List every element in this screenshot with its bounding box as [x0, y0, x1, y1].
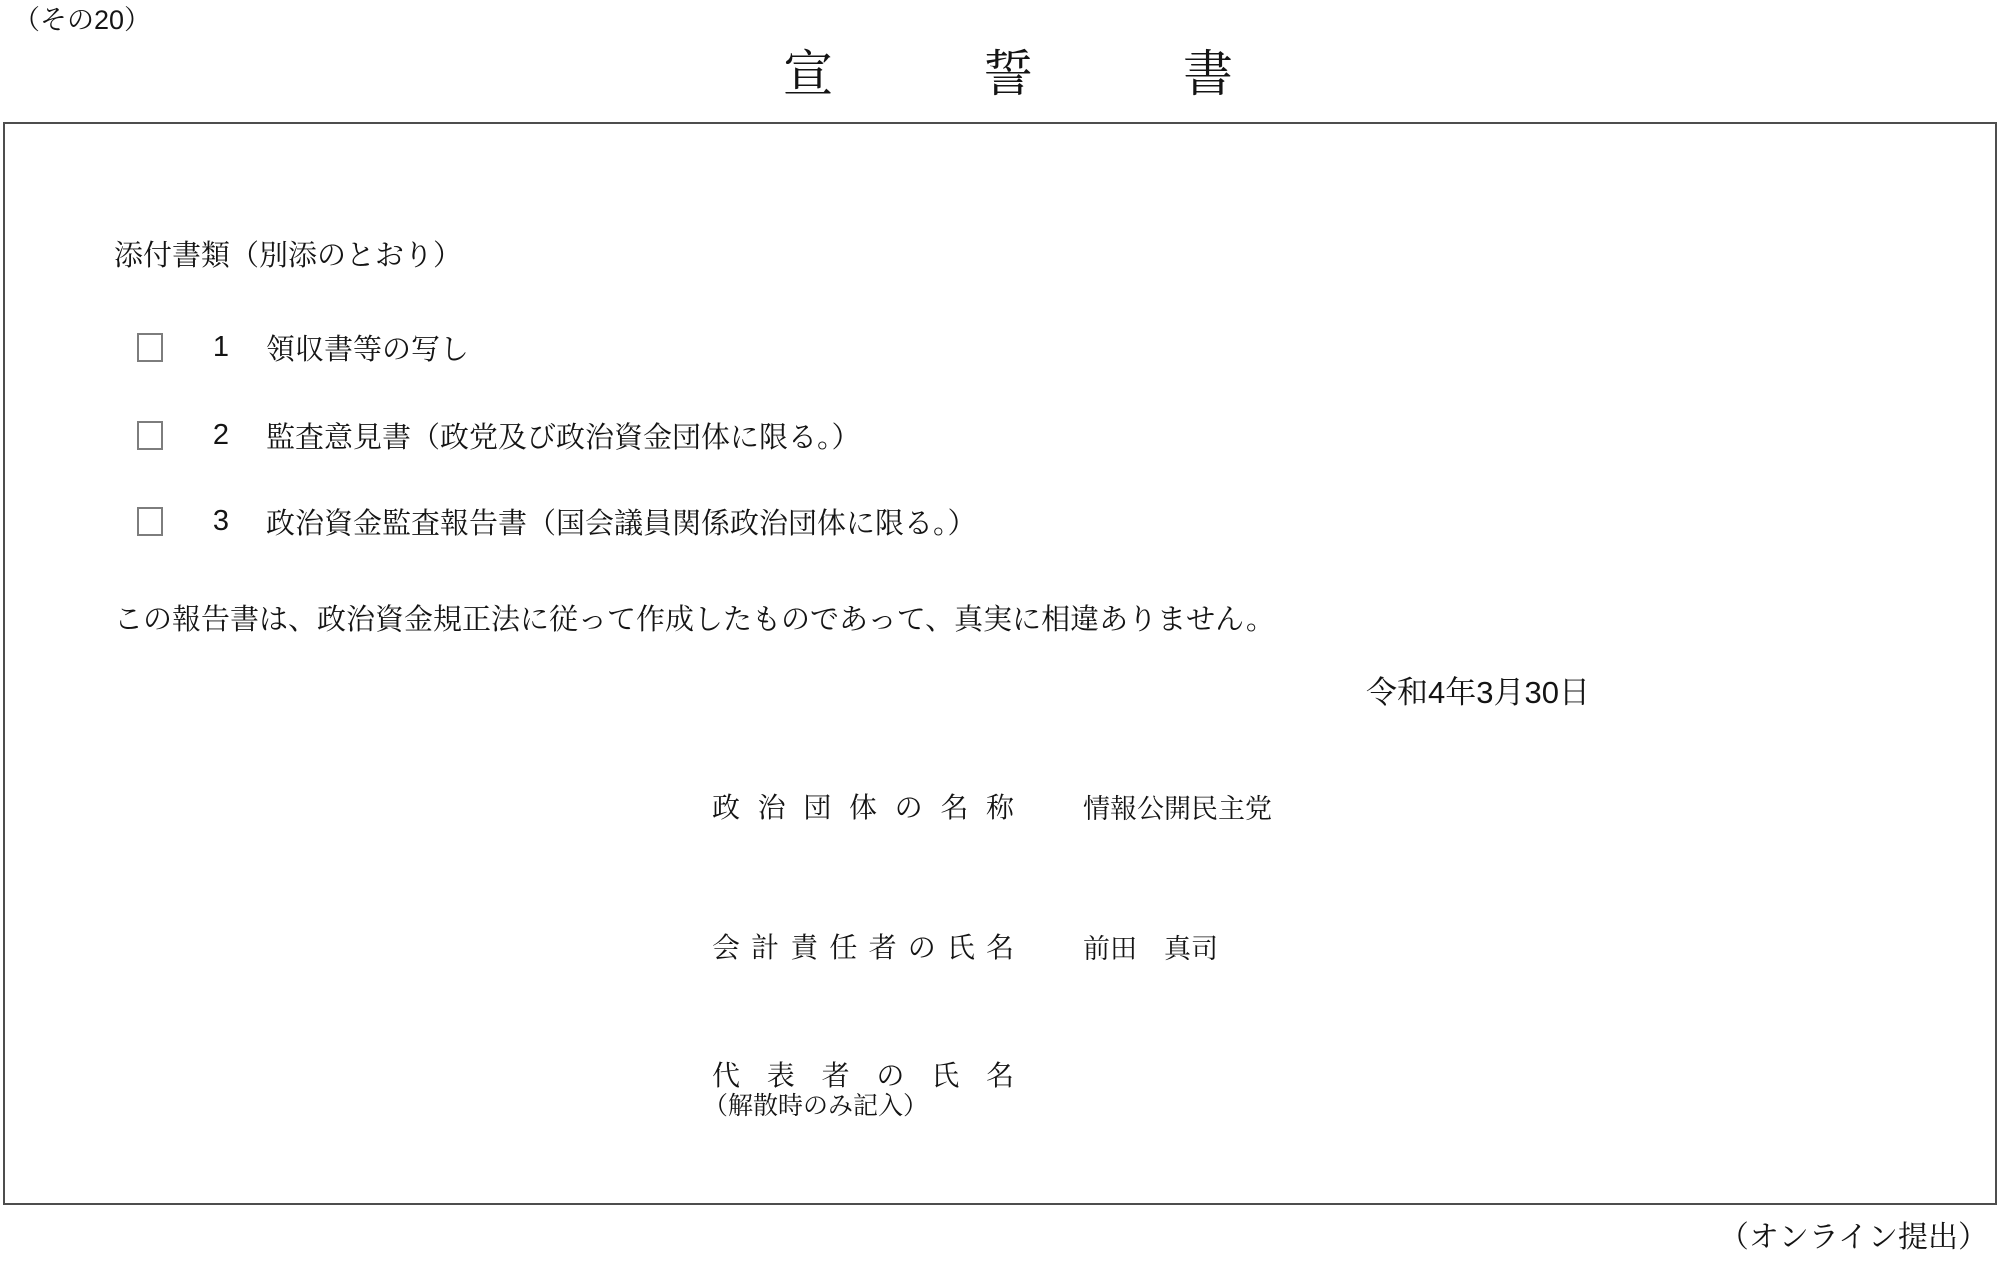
- organization-name-value: 情報公開民主党: [1083, 793, 1272, 825]
- form-number-note: （その20）: [13, 4, 151, 36]
- document-border-box: 添付書類（別添のとおり） 1 領収書等の写し 2 監査意見書（政党及び政治資金団…: [3, 122, 1997, 1205]
- representative-name-note: （解散時のみ記入）: [703, 1091, 928, 1121]
- online-submission-note: （オンライン提出）: [1719, 1220, 1988, 1256]
- representative-name-label: 代 表 者 の 氏 名: [712, 1059, 1014, 1093]
- field-representative-name: 代 表 者 の 氏 名: [712, 1059, 1014, 1093]
- treasurer-name-value: 前田 真司: [1083, 933, 1218, 965]
- attachment-item-audit-report: 3 政治資金監査報告書（国会議員関係政治団体に限る。）: [137, 504, 977, 538]
- attachment-item-number: 3: [212, 505, 230, 538]
- attachment-item-number: 1: [212, 331, 230, 364]
- organization-name-label: 政 治 団 体 の 名 称: [712, 791, 1014, 825]
- oath-document-page: （その20） 宣誓書 添付書類（別添のとおり） 1 領収書等の写し 2 監査意見…: [0, 0, 2001, 1267]
- checkbox-receipts-copy[interactable]: [137, 333, 163, 362]
- declaration-statement: この報告書は、政治資金規正法に従って作成したものであって、真実に相違ありません。: [114, 603, 1275, 638]
- treasurer-name-label: 会 計 責 任 者 の 氏 名: [712, 931, 1014, 965]
- page-title: 宣誓書: [783, 44, 1383, 104]
- attachment-item-number: 2: [212, 419, 230, 452]
- field-treasurer-name: 会 計 責 任 者 の 氏 名 前田 真司: [712, 931, 1014, 965]
- field-organization-name: 政 治 団 体 の 名 称 情報公開民主党: [712, 791, 1014, 825]
- attachment-item-label: 政治資金監査報告書（国会議員関係政治団体に限る。）: [266, 501, 977, 542]
- attachments-heading: 添付書類（別添のとおり）: [114, 239, 462, 274]
- attachment-item-audit-opinion: 2 監査意見書（政党及び政治資金団体に限る。）: [137, 418, 861, 452]
- checkbox-audit-opinion[interactable]: [137, 421, 163, 450]
- attachment-item-receipts: 1 領収書等の写し: [137, 330, 469, 364]
- attachment-item-label: 監査意見書（政党及び政治資金団体に限る。）: [266, 415, 861, 456]
- declaration-date: 令和4年3月30日: [1366, 674, 1590, 711]
- checkbox-audit-report[interactable]: [137, 507, 163, 536]
- attachment-item-label: 領収書等の写し: [266, 327, 469, 368]
